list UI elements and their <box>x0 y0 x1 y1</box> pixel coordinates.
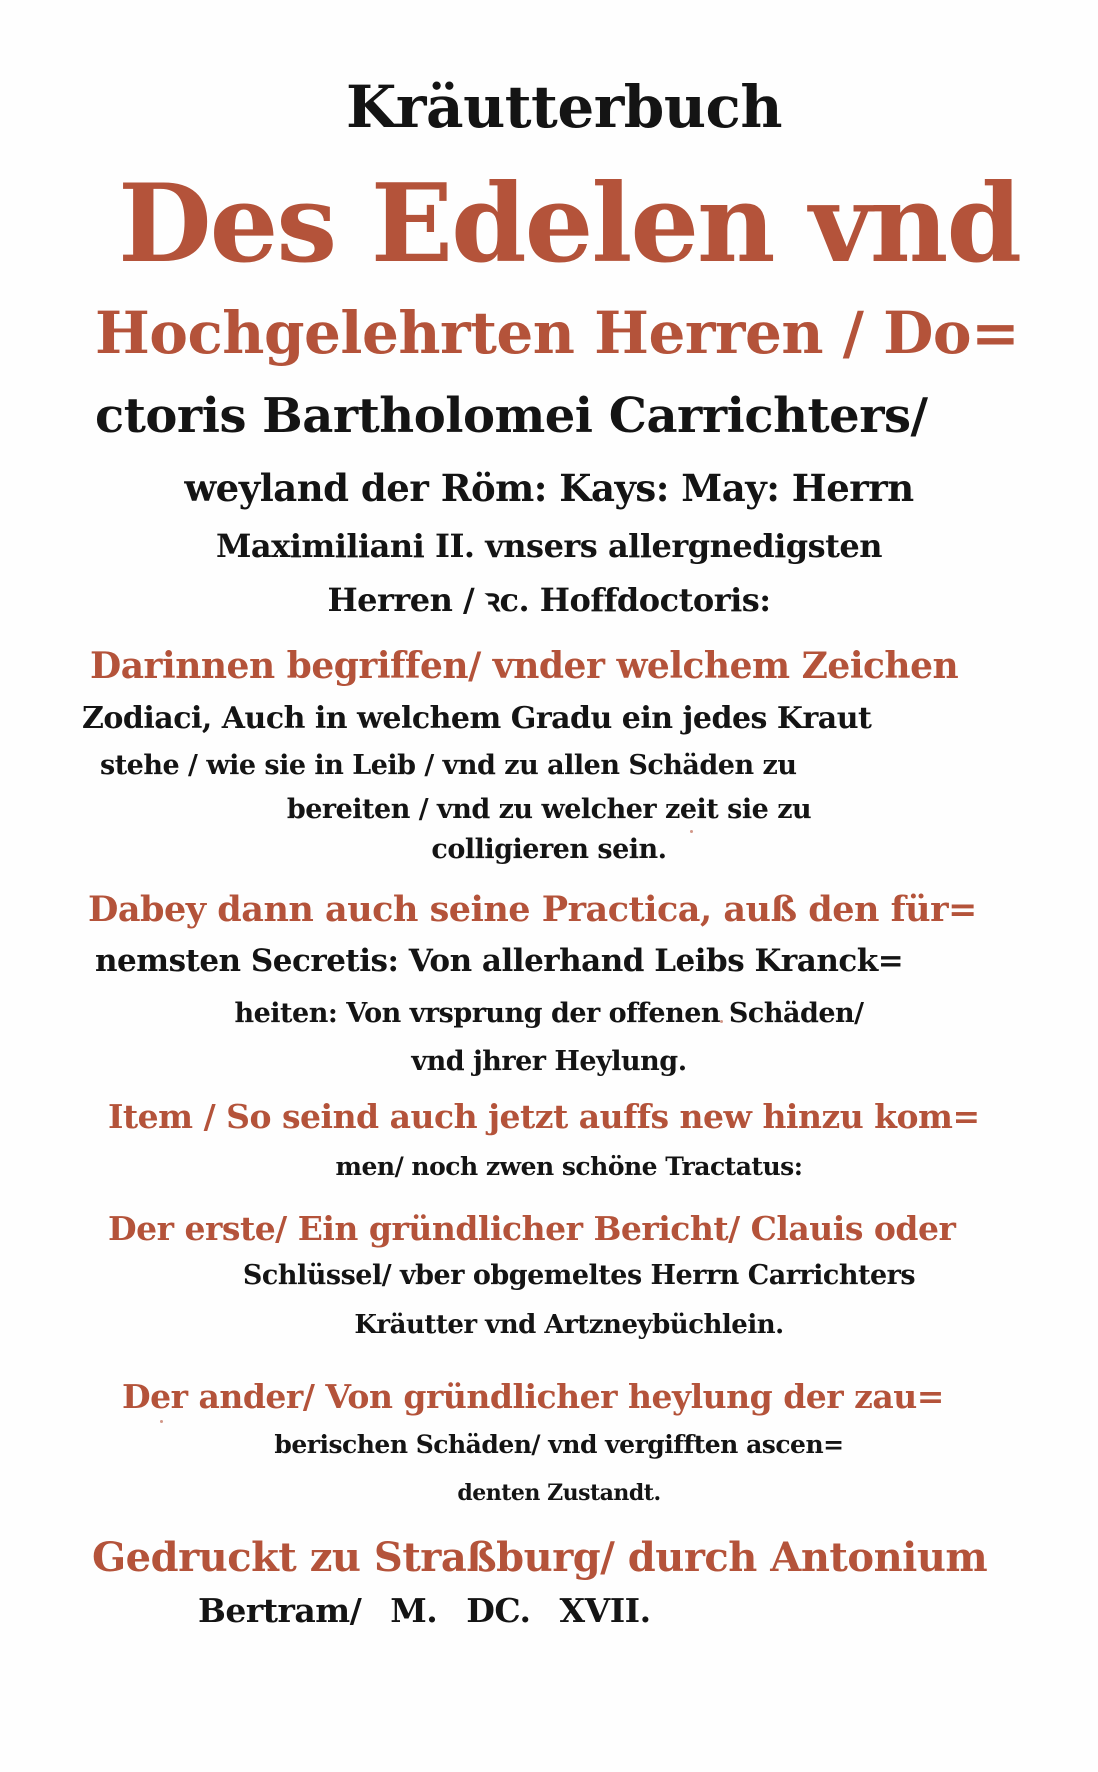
title-line-kraeutterbuch: Kräutterbuch <box>0 78 1098 136</box>
author-title-line-1: weyland der Röm: Kays: May: Herrn <box>0 470 1098 507</box>
author-name-line: ctoris Bartholomei Carrichters/ <box>95 392 928 440</box>
ink-speck <box>690 830 693 833</box>
ink-speck <box>720 1020 723 1023</box>
author-title-line-2: Maximiliani II. vnsers allergnedigsten <box>0 530 1098 562</box>
title-line-hochgelehrten: Hochgelehrten Herren / Do= <box>95 304 1019 362</box>
author-title-line-3: Herren / ꝛc. Hoffdoctoris: <box>0 584 1098 616</box>
second-tract-line-1: berischen Schäden/ vnd vergifften ascen= <box>0 1432 1098 1457</box>
title-line-des-edelen: Des Edelen vnd <box>0 170 1098 278</box>
imprint-line-2-date: Bertram/ M. DC. XVII. <box>198 1594 651 1627</box>
second-tract-line-2: denten Zustandt. <box>0 1482 1098 1504</box>
first-tract-heading: Der erste/ Ein gründlicher Bericht/ Clau… <box>108 1212 955 1245</box>
contents-heading-darinnen: Darinnen begriffen/ vnder welchem Zeiche… <box>90 648 958 684</box>
practica-heading: Dabey dann auch seine Practica, auß den … <box>88 892 977 927</box>
imprint-line-1: Gedruckt zu Straßburg/ durch Antonium <box>92 1538 987 1578</box>
item-heading: Item / So seind auch jetzt auffs new hin… <box>108 1100 980 1133</box>
item-line-1: men/ noch zwen schöne Tractatus: <box>0 1154 1098 1179</box>
first-tract-line-1: Schlüssel/ vber obgemeltes Herrn Carrich… <box>0 1262 1098 1289</box>
contents-line-2: stehe / wie sie in Leib / vnd zu allen S… <box>100 752 796 779</box>
contents-line-1: Zodiaci, Auch in welchem Gradu ein jedes… <box>82 704 871 734</box>
title-page: Kräutterbuch Des Edelen vnd Hochgelehrte… <box>0 0 1098 1772</box>
contents-line-3: bereiten / vnd zu welcher zeit sie zu <box>0 796 1098 823</box>
practica-line-2: heiten: Von vrsprung der offenen Schäden… <box>0 1000 1098 1027</box>
practica-line-1: nemsten Secretis: Von allerhand Leibs Kr… <box>95 946 903 977</box>
practica-line-3: vnd jhrer Heylung. <box>0 1048 1098 1075</box>
contents-line-4: colligieren sein. <box>0 836 1098 863</box>
ink-speck <box>160 1420 163 1423</box>
first-tract-line-2: Kräutter vnd Artzneybüchlein. <box>0 1312 1098 1338</box>
second-tract-heading: Der ander/ Von gründlicher heylung der z… <box>122 1380 944 1413</box>
